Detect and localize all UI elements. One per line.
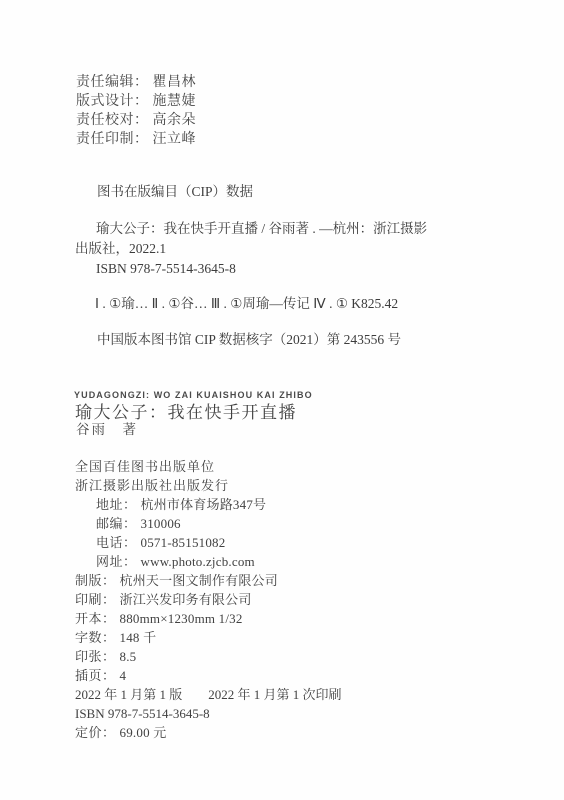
production-row-inserts: 插页：4 <box>75 666 342 685</box>
contact-row-postcode: 邮编：310006 <box>75 514 342 533</box>
contact-value: 310006 <box>141 516 181 531</box>
production-value: 4 <box>120 668 127 683</box>
edition-line: 2022 年 1 月第 1 版 2022 年 1 月第 1 次印刷 <box>75 685 342 704</box>
contact-row-address: 地址：杭州市体育场路347号 <box>75 495 342 514</box>
production-label: 印张： <box>75 649 116 664</box>
production-value: 148 千 <box>120 630 157 645</box>
cip-record-number: 中国版本图书馆 CIP 数据核字（2021）第 243556 号 <box>97 330 401 350</box>
production-row-sheets: 印张：8.5 <box>75 647 342 666</box>
editor-row: 责任编辑：瞿昌林 <box>76 72 196 91</box>
editor-value: 瞿昌林 <box>153 73 197 89</box>
production-value: 880mm×1230mm 1/32 <box>120 611 243 626</box>
publisher-block: 全国百佳图书出版单位 浙江摄影出版社出版发行 地址：杭州市体育场路347号 邮编… <box>75 457 342 742</box>
production-value: 浙江兴发印务有限公司 <box>120 592 252 607</box>
price-value: 69.00 元 <box>120 725 167 740</box>
contact-value: www.photo.zjcb.com <box>141 554 255 569</box>
editor-row: 责任校对：高余朵 <box>76 110 196 129</box>
production-label: 制版： <box>75 573 116 588</box>
production-row-wordcount: 字数：148 千 <box>75 628 342 647</box>
contact-value: 杭州市体育场路347号 <box>141 497 267 512</box>
price-label: 定价： <box>75 725 116 740</box>
editor-label: 责任编辑： <box>76 73 149 89</box>
book-colophon-page: 责任编辑：瞿昌林 版式设计：施慧婕 责任校对：高余朵 责任印制：汪立峰 图书在版… <box>0 0 564 800</box>
production-row-format: 开本：880mm×1230mm 1/32 <box>75 609 342 628</box>
contact-label: 地址： <box>96 497 137 512</box>
production-label: 印刷： <box>75 592 116 607</box>
production-label: 字数： <box>75 630 116 645</box>
editor-row: 责任印制：汪立峰 <box>76 129 196 148</box>
editor-value: 汪立峰 <box>153 130 197 146</box>
publisher-honor: 全国百佳图书出版单位 <box>75 457 342 476</box>
cip-isbn: ISBN 978-7-5514-3645-8 <box>75 259 427 279</box>
publisher-imprint: 浙江摄影出版社出版发行 <box>75 476 342 495</box>
editor-row: 版式设计：施慧婕 <box>76 91 196 110</box>
cip-entry-line2: 出版社，2022.1 <box>75 239 427 259</box>
isbn-line: ISBN 978-7-5514-3645-8 <box>75 704 342 723</box>
editor-label: 责任印制： <box>76 130 149 146</box>
contact-label: 电话： <box>96 535 137 550</box>
book-title-pinyin: YUDAGONGZI: WO ZAI KUAISHOU KAI ZHIBO <box>74 389 313 401</box>
editor-label: 版式设计： <box>76 92 149 108</box>
cip-classification: Ⅰ . ①瑜… Ⅱ . ①谷… Ⅲ . ①周瑜—传记 Ⅳ . ① K825.42 <box>95 294 398 314</box>
production-row-printing: 印刷：浙江兴发印务有限公司 <box>75 590 342 609</box>
production-row-platemaking: 制版：杭州天一图文制作有限公司 <box>75 571 342 590</box>
contact-row-phone: 电话：0571-85151082 <box>75 533 342 552</box>
contact-label: 网址： <box>96 554 137 569</box>
production-value: 8.5 <box>120 649 137 664</box>
book-author: 谷雨 著 <box>76 421 138 438</box>
price-row: 定价：69.00 元 <box>75 723 342 742</box>
production-label: 开本： <box>75 611 116 626</box>
cip-entry-line1: 瑜大公子：我在快手开直播 / 谷雨著 . —杭州：浙江摄影 <box>75 219 427 239</box>
contact-label: 邮编： <box>96 516 137 531</box>
contact-value: 0571-85151082 <box>141 535 226 550</box>
editor-label: 责任校对： <box>76 111 149 127</box>
production-value: 杭州天一图文制作有限公司 <box>120 573 278 588</box>
cip-entry-block: 瑜大公子：我在快手开直播 / 谷雨著 . —杭州：浙江摄影 出版社，2022.1… <box>75 219 427 279</box>
production-label: 插页： <box>75 668 116 683</box>
contact-row-website: 网址：www.photo.zjcb.com <box>75 552 342 571</box>
editor-value: 施慧婕 <box>153 92 197 108</box>
editors-block: 责任编辑：瞿昌林 版式设计：施慧婕 责任校对：高余朵 责任印制：汪立峰 <box>76 72 196 148</box>
cip-notice-heading: 图书在版编目（CIP）数据 <box>97 182 253 201</box>
editor-value: 高余朵 <box>153 111 197 127</box>
